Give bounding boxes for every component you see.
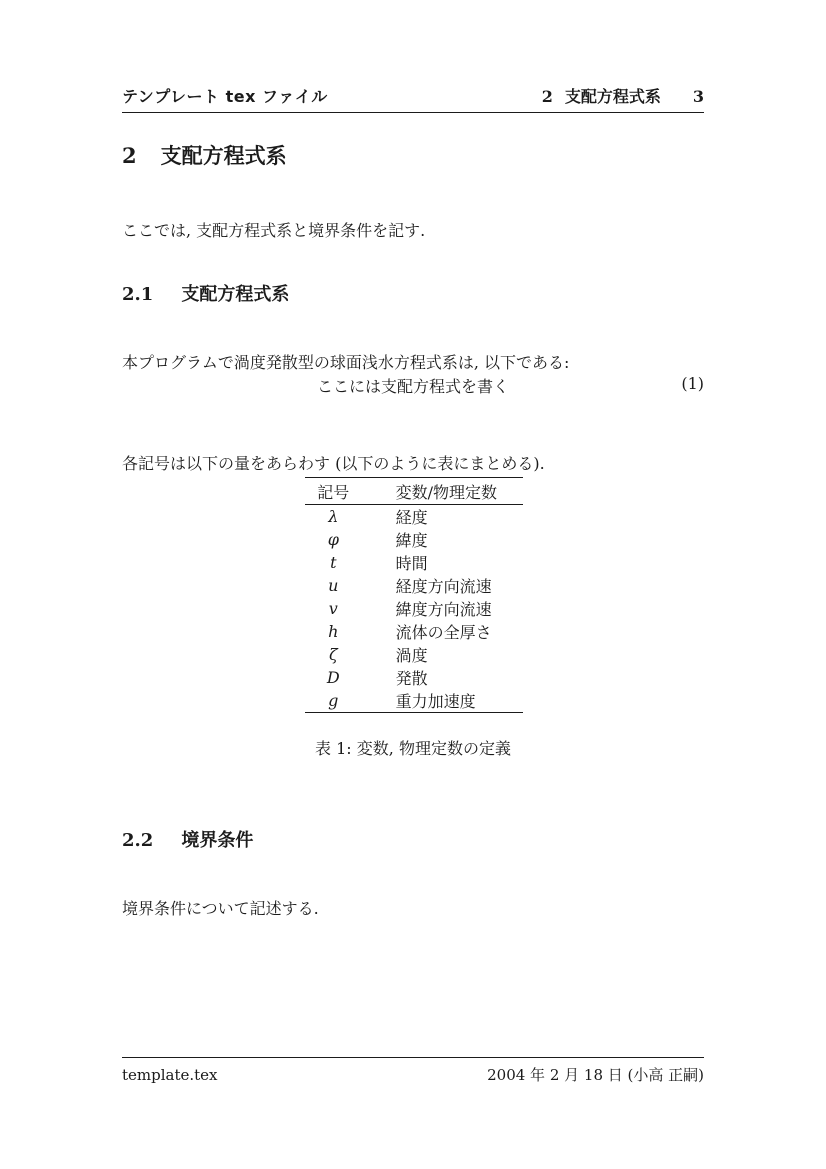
subsection-heading-boundary-conditions: 2.2境界条件 [122,826,253,852]
document-page: テンプレート tex ファイル 2 支配方程式系 3 2支配方程式系 ここでは,… [0,0,826,1169]
table-row: φ緯度 [305,528,523,551]
subsection-heading-governing-equations: 2.1支配方程式系 [122,280,289,306]
table-row: λ経度 [305,505,523,529]
symbol-cell: g [305,689,362,713]
definition-cell: 経度方向流速 [362,574,523,597]
table-row: g重力加速度 [305,689,523,713]
symbol-cell: φ [305,528,362,551]
variables-table: 記号 変数/物理定数 λ経度φ緯度t時間u経度方向流速v緯度方向流速h流体の全厚… [305,477,523,713]
equation-line: ここには支配方程式を書く (1) [122,374,704,397]
definition-cell: 流体の全厚さ [362,620,523,643]
table-caption: 表 1: 変数, 物理定数の定義 [122,736,704,759]
footer-filename: template.tex [122,1066,218,1084]
boundary-conditions-paragraph: 境界条件について記述する. [122,898,704,919]
section-title: 支配方程式系 [161,144,287,168]
table-row: v緯度方向流速 [305,597,523,620]
footer-date-author: 2004 年 2 月 18 日 (小高 正嗣) [487,1064,704,1085]
subsection-number: 2.2 [122,830,153,851]
header-section-title: 支配方程式系 [565,84,661,107]
table-header-row: 記号 変数/物理定数 [305,478,523,505]
symbol-cell: λ [305,505,362,529]
symbol-cell: h [305,620,362,643]
definition-cell: 発散 [362,666,523,689]
symbol-cell: ζ [305,643,362,666]
table-row: h流体の全厚さ [305,620,523,643]
table-row: u経度方向流速 [305,574,523,597]
table-row: ζ渦度 [305,643,523,666]
running-header: テンプレート tex ファイル 2 支配方程式系 3 [122,84,704,107]
intro-paragraph: ここでは, 支配方程式系と境界条件を記す. [122,220,704,241]
table-row: D発散 [305,666,523,689]
equation-text: ここには支配方程式を書く [317,377,509,396]
symbol-column-header: 記号 [305,478,362,505]
definition-cell: 時間 [362,551,523,574]
header-section-number: 2 [542,87,553,106]
symbol-cell: t [305,551,362,574]
footer-rule [122,1057,704,1058]
section-heading: 2支配方程式系 [122,140,287,170]
symbol-cell: D [305,666,362,689]
table-intro-paragraph: 各記号は以下の量をあらわす (以下のように表にまとめる). [122,453,704,474]
subsection-number: 2.1 [122,284,153,305]
equation-number: (1) [681,374,704,393]
governing-equations-paragraph: 本プログラムで渦度発散型の球面浅水方程式系は, 以下である: [122,352,704,373]
definition-cell: 経度 [362,505,523,529]
variables-table-head: 記号 変数/物理定数 [305,478,523,505]
table-row: t時間 [305,551,523,574]
header-page-number: 3 [693,87,704,106]
definition-cell: 緯度方向流速 [362,597,523,620]
definition-cell: 重力加速度 [362,689,523,713]
symbol-cell: v [305,597,362,620]
definition-column-header: 変数/物理定数 [362,478,523,505]
variables-table-body: λ経度φ緯度t時間u経度方向流速v緯度方向流速h流体の全厚さζ渦度D発散g重力加… [305,505,523,713]
subsection-title: 境界条件 [181,830,253,851]
header-rule [122,112,704,113]
definition-cell: 渦度 [362,643,523,666]
header-document-title: テンプレート tex ファイル [122,84,542,107]
definition-cell: 緯度 [362,528,523,551]
running-footer: template.tex 2004 年 2 月 18 日 (小高 正嗣) [122,1064,704,1085]
symbol-cell: u [305,574,362,597]
section-number: 2 [122,143,137,168]
subsection-title: 支配方程式系 [181,284,289,305]
